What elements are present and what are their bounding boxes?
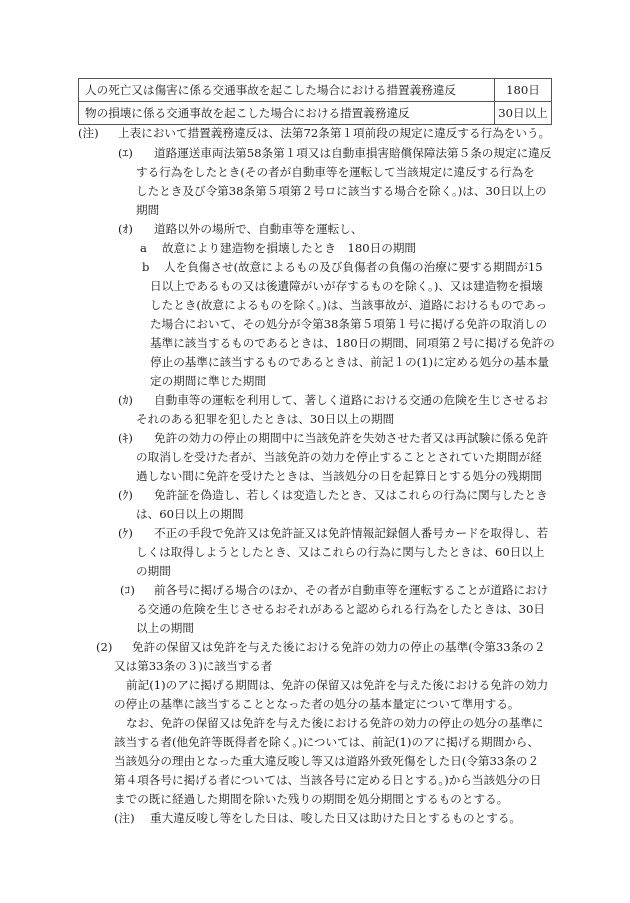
item-o-b-line: 基準に該当するものであるときは、180日の期間、同項第２号に掲げる免許の [150,334,555,353]
item-o-a-line: a故意により建造物を損壊したとき 180日の期間 [140,239,416,258]
item-o-a-text: 故意により建造物を損壊したとき 180日の期間 [162,241,416,255]
item-e-line: (ｴ)道路運送車両法第58条第１項又は自動車損害賠償保障法第５条の規定に違反 [118,144,551,163]
section2-para2-line: なお、免許の保留又は免許を与えた後における免許の効力の停止の処分の基準に [126,714,543,733]
item-o-b-text: 人を負傷させ(故意によるもの及び負傷者の負傷の治療に要する期間が15 [164,260,543,274]
item-ko-line: る交通の危険を生じさせるおそれがあると認められる行為をしたときは、30日 [136,600,545,619]
table-cell-period: 30日以上 [495,102,552,125]
item-o-marker: (ｵ) [118,220,154,239]
item-ka-text: 自動車等の運転を利用して、著しく道路における交通の危険を生じさせるお [154,393,548,407]
section2-para2-line: 第４項各号に掲げる者については、当該各号に定める日とする。)から当該処分の日 [114,771,541,790]
item-ko-text: 前各号に掲げる場合のほか、その者が自動車等を運転することが道路におけ [154,583,548,597]
section2-para2-line: までの既に経過した期間を除いた残りの期間を処分期間とするものとする。 [114,790,508,809]
section2-note-text: 重大違反唆し等をした日は、唆した日又は助けた日とするものとする。 [150,811,521,825]
item-ka-line: (ｶ)自動車等の運転を利用して、著しく道路における交通の危険を生じさせるお [118,391,548,410]
item-ko-marker: (ｺ) [120,581,154,600]
item-o-line: (ｵ)道路以外の場所で、自動車等を運転し、 [118,220,362,239]
item-ka-marker: (ｶ) [118,391,154,410]
section2-heading-line: (2)免許の保留又は免許を与えた後における免許の効力の停止の基準(令第33条の２ [96,638,545,657]
table-cell-period: 180日 [495,79,552,102]
item-ku-marker: (ｸ) [118,486,154,505]
item-o-b-marker: b [142,258,164,277]
item-ko-line: 以上の期間 [136,619,194,638]
item-ki-line: 過しない間に免許を受けたときは、当該処分の日を起算日とする処分の残期間 [136,467,542,486]
table-row: 物の損壊に係る交通事故を起こした場合における措置義務違反 30日以上 [79,102,552,125]
item-ke-marker: (ｹ) [118,524,154,543]
table-cell-violation: 物の損壊に係る交通事故を起こした場合における措置義務違反 [79,102,495,125]
item-e-line: 期間 [136,201,159,220]
item-ki-line: (ｷ)免許の効力の停止の期間中に当該免許を失効させた者又は再試験に係る免許 [118,429,548,448]
item-e-line: する行為をしたとき(その者が自動車等を運転して当該規定に違反する行為を [136,163,535,182]
item-o-a-marker: a [140,239,162,258]
table-row: 人の死亡又は傷害に係る交通事故を起こした場合における措置義務違反 180日 [79,79,552,102]
item-ko-line: (ｺ)前各号に掲げる場合のほか、その者が自動車等を運転することが道路におけ [120,581,548,600]
item-ke-line: (ｹ)不正の手段で免許又は免許証又は免許情報記録個人番号カードを取得し、若 [118,524,548,543]
item-o-b-line: b人を負傷させ(故意によるもの及び負傷者の負傷の治療に要する期間が15 [142,258,543,277]
section2-note: (注)重大違反唆し等をした日は、唆した日又は助けた日とするものとする。 [114,809,521,828]
item-o-b-line: た場合において、その処分が令第38条第５項第１号に掲げる免許の取消しの [150,315,547,334]
section2-para1-line: 前記(1)のアに掲げる期間は、免許の保留又は免許を与えた後における免許の効力 [126,676,548,695]
table-cell-violation: 人の死亡又は傷害に係る交通事故を起こした場合における措置義務違反 [79,79,495,102]
item-e-text: 道路運送車両法第58条第１項又は自動車損害賠償保障法第５条の規定に違反 [154,146,551,160]
section2-note-marker: (注) [114,809,150,828]
item-e-line: したとき及び令第38条第５項第２号ロに該当する場合を除く。)は、30日以上の [136,182,547,201]
note-text: 上表において措置義務違反は、法第72条第１項前段の規定に違反する行為をいう。 [118,126,550,140]
item-ki-text: 免許の効力の停止の期間中に当該免許を失効させた者又は再試験に係る免許 [154,431,548,445]
item-o-b-line: 停止の基準に該当するものであるときは、前記１の(1)に定める処分の基本量 [150,353,549,372]
item-ku-line: (ｸ)免許証を偽造し、若しくは変造したとき、又はこれらの行為に関与したとき [118,486,548,505]
section2-heading-line: 又は第33条の３)に該当する者 [114,657,272,676]
section2-heading: 免許の保留又は免許を与えた後における免許の効力の停止の基準(令第33条の２ [132,640,545,654]
violation-period-table: 人の死亡又は傷害に係る交通事故を起こした場合における措置義務違反 180日 物の… [78,78,552,125]
item-o-text: 道路以外の場所で、自動車等を運転し、 [154,222,362,236]
item-ku-line: は、60日以上の期間 [136,505,244,524]
note-marker: (注) [78,124,118,143]
section2-para2-line: 当該処分の理由となった重大違反唆し等又は道路外致死傷をした日(令第33条の２ [114,752,539,771]
item-ki-marker: (ｷ) [118,429,154,448]
table-note: (注)上表において措置義務違反は、法第72条第１項前段の規定に違反する行為をいう… [78,124,550,143]
item-ka-line: それのある犯罪を犯したときは、30日以上の期間 [136,410,394,429]
section2-marker: (2) [96,638,132,657]
item-ki-line: の取消しを受けた者が、当該免許の効力を停止することとされていた期間が経 [136,448,542,467]
item-ke-text: 不正の手段で免許又は免許証又は免許情報記録個人番号カードを取得し、若 [154,526,548,540]
item-e-marker: (ｴ) [118,144,154,163]
document-page: 人の死亡又は傷害に係る交通事故を起こした場合における措置義務違反 180日 物の… [0,0,630,903]
item-o-b-line: したとき(故意によるものを除く。)は、当該事故が、道路におけるものであっ [150,296,547,315]
item-o-b-line: 定の期間に準じた期間 [150,372,266,391]
section2-para1-line: の停止の基準に該当することとなった者の処分の基本量定について準用する。 [114,695,520,714]
item-o-b-line: 日以上であるもの又は後遺障がいが存するものを除く。)、又は建造物を損壊 [150,277,543,296]
item-ke-line: の期間 [136,562,171,581]
section2-para2-line: 該当する者(他免許等既得者を除く。)については、前記(1)のアに掲げる期間から、 [114,733,539,752]
item-ku-text: 免許証を偽造し、若しくは変造したとき、又はこれらの行為に関与したとき [154,488,548,502]
item-ke-line: しくは取得しようとしたとき、又はこれらの行為に関与したときは、60日以上 [136,543,544,562]
